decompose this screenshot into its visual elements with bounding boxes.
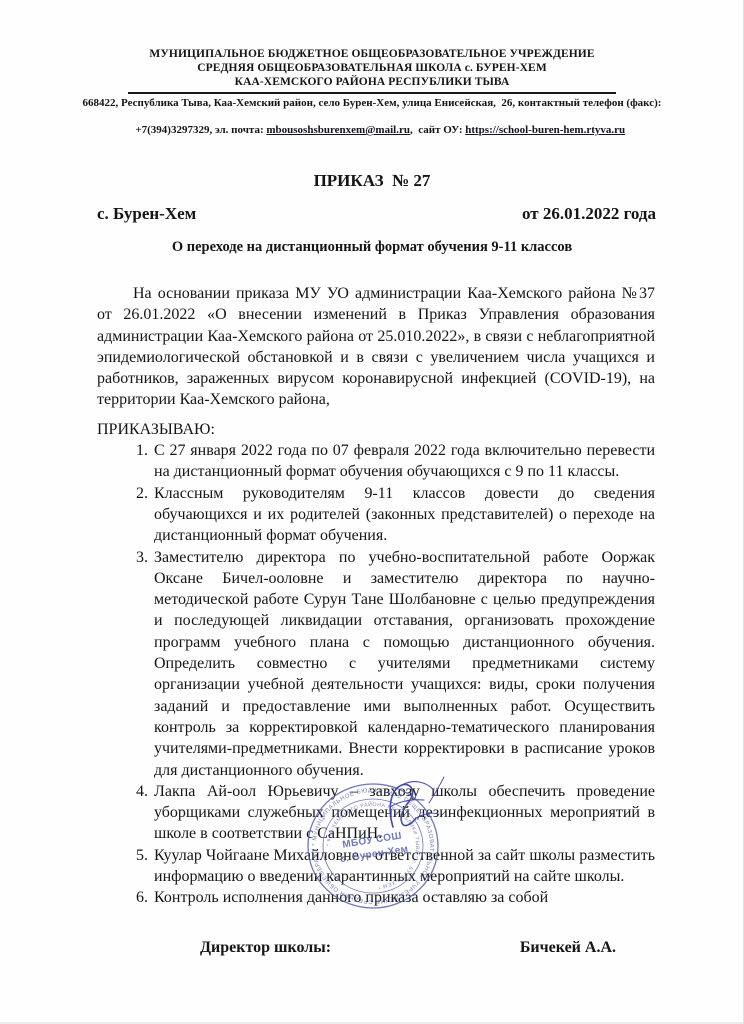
document-page: МУНИЦИПАЛЬНОЕ БЮДЖЕТНОЕ ОБЩЕОБРАЗОВАТЕЛЬ… bbox=[0, 0, 744, 1024]
order-subject: О переходе на дистанционный формат обуче… bbox=[0, 239, 744, 256]
email-link[interactable]: mbousoshsburenxem@mail.ru bbox=[266, 124, 410, 136]
phone-and-email-label: +7(394)3297329, эл. почта: bbox=[135, 124, 266, 136]
org-name-line-3: КАА-ХЕМСКОГО РАЙОНА РЕСПУБЛИКИ ТЫВА bbox=[128, 75, 616, 89]
letterhead: МУНИЦИПАЛЬНОЕ БЮДЖЕТНОЕ ОБЩЕОБРАЗОВАТЕЛЬ… bbox=[0, 0, 744, 150]
intro-paragraph: На основании приказа МУ УО администрации… bbox=[97, 283, 655, 411]
director-signature bbox=[390, 777, 444, 827]
order-place: с. Бурен-Хем bbox=[97, 204, 196, 224]
signatory-name: Бичекей А.А. bbox=[520, 939, 616, 957]
site-label: , сайт ОУ: bbox=[410, 124, 465, 136]
order-item-3: Заместителю директора по учебно-воспитат… bbox=[152, 547, 655, 781]
org-contact-line: +7(394)3297329, эл. почта: mbousoshsbure… bbox=[0, 111, 744, 150]
stamp-center-text: МБОУ СОШ с. Бурен-Хем bbox=[337, 830, 409, 865]
website-link[interactable]: https://school-buren-hem.rtyva.ru bbox=[465, 124, 625, 136]
order-item-2: Классным руководителям 9-11 классов дове… bbox=[152, 483, 655, 547]
place-date-row: с. Бурен-Хем от 26.01.2022 года bbox=[97, 204, 656, 224]
order-date: от 26.01.2022 года bbox=[522, 204, 656, 224]
school-stamp: * МУНИЦИПАЛЬНОЕ БЮДЖЕТНОЕ ОБЩЕОБРАЗОВАТЕ… bbox=[298, 773, 450, 919]
letterhead-org-block: МУНИЦИПАЛЬНОЕ БЮДЖЕТНОЕ ОБЩЕОБРАЗОВАТЕЛЬ… bbox=[128, 47, 616, 94]
org-name-line-2: СРЕДНЯЯ ОБЩЕОБРАЗОВАТЕЛЬНАЯ ШКОЛА с. БУР… bbox=[128, 61, 616, 75]
signature-label: Директор школы: bbox=[200, 939, 331, 957]
resolve-word: ПРИКАЗЫВАЮ: bbox=[97, 419, 655, 440]
org-address-line: 668422, Республика Тыва, Каа-Хемский рай… bbox=[0, 97, 744, 110]
order-item-1: С 27 января 2022 года по 07 февраля 2022… bbox=[152, 440, 655, 483]
org-name-line-1: МУНИЦИПАЛЬНОЕ БЮДЖЕТНОЕ ОБЩЕОБРАЗОВАТЕЛЬ… bbox=[128, 47, 616, 61]
signature-row: Директор школы: Бичекей А.А. bbox=[0, 939, 744, 957]
order-title: ПРИКАЗ № 27 bbox=[0, 171, 744, 191]
